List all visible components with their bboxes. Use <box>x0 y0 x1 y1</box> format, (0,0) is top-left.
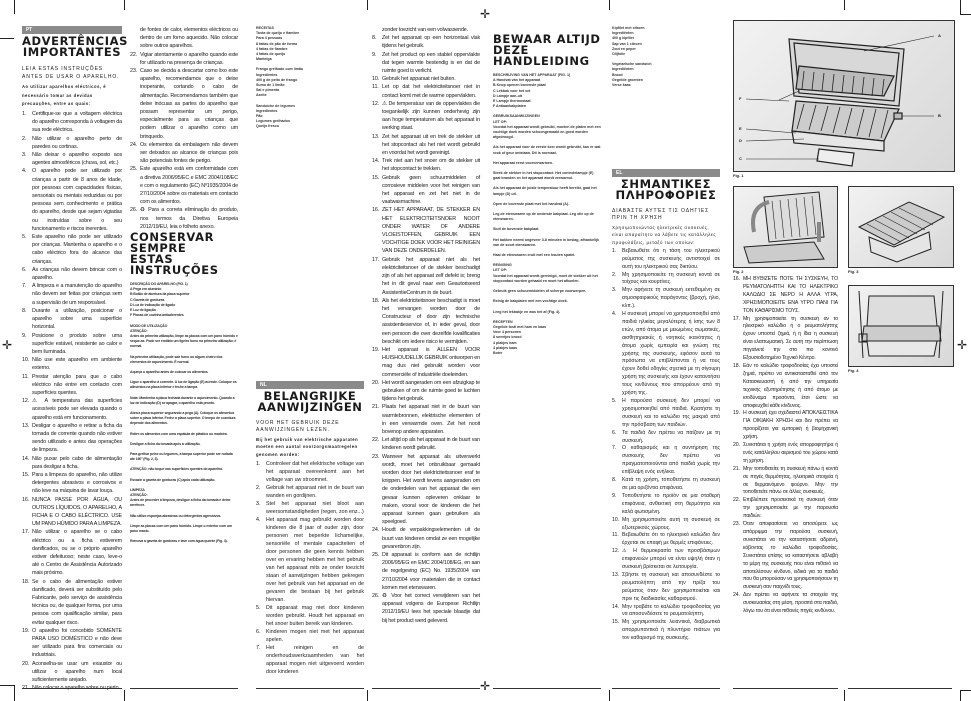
paragraph: Remova a gaveta de gorduras e lave com á… <box>130 539 238 544</box>
footer-rule <box>130 688 238 689</box>
item-number: 1. <box>22 110 26 118</box>
item-text: Het wordt aangeraden om een afzuigkap te… <box>382 380 480 402</box>
item-text: ⚠ Η θερμοκρασία των προσβάσιμων επιφανει… <box>622 548 720 570</box>
paragraph: Antes de proceder à limpeza, desligue a … <box>130 498 238 508</box>
crop-mark <box>960 14 971 15</box>
paragraph: Voordat het apparaat wordt gebruikt, moe… <box>493 125 601 141</box>
paragraph: Voordat het apparaat wordt gereinigd, mo… <box>493 274 601 284</box>
nl-recipes-el-column: Kipfilet met citroenIngrediënten400 g ki… <box>612 26 720 643</box>
paragraph: Esvazie a gaveta de gorduras (C) após ca… <box>130 478 238 483</box>
list-item: 19.Het apparaat is ALLEEN VOOR HUISHOUDE… <box>372 346 480 379</box>
pt-intro: Leia estas instruções antes de usar o ap… <box>22 65 122 81</box>
item-number: 14. <box>372 157 379 165</box>
item-text: Gebruik geen schuurmiddelen of corrosiev… <box>382 175 480 206</box>
paragraph: Leeg het lekbakje en was het af (Fig. 4)… <box>493 310 601 315</box>
list-item: zonder toezicht van een volwassende. <box>372 26 480 34</box>
list-item: 24.Os elementos da embalagem não devem s… <box>130 141 238 166</box>
item-text: Aconselha-se usar um exaustor ou utiliza… <box>32 661 122 683</box>
item-text: Vigiar atentamente o aparelho quando est… <box>140 52 238 66</box>
list-item: 5.Dit apparaat mag niet door kinderen wo… <box>256 604 364 628</box>
item-number: 23. <box>130 67 137 75</box>
nl-warning-list: 1.Controleer dat het elektrische voltage… <box>256 460 364 676</box>
item-text: Os elementos da embalagem não devem ser … <box>140 142 238 164</box>
nl-title: BELANGRIJKE AANWIJZINGEN <box>256 391 364 413</box>
item-text: Dit apparaat mag niet door kinderen word… <box>266 605 364 627</box>
list-item: 2.Gebruik het apparaat niet in de buurt … <box>256 484 364 500</box>
item-text: zonder toezicht van een volwassende. <box>382 27 468 33</box>
item-number: 7. <box>22 282 26 290</box>
item-text: Συνιστάται η χρήση ενός απορροφητήρα ή ε… <box>743 442 838 464</box>
callout-a: A <box>938 33 941 38</box>
item-number: 19. <box>22 627 29 635</box>
paragraph: Abra a placa superior segurando a pega (… <box>130 411 238 427</box>
list-item: 1.Controleer dat het elektrische voltage… <box>256 460 364 484</box>
callout-d: D <box>739 138 742 143</box>
list-item: 9.Posicione o produto sobre uma superfíc… <box>22 332 122 357</box>
item-number: 2. <box>256 484 260 492</box>
registration-mark: ✛ <box>480 680 490 692</box>
list-item: 3.Stel het apparaat niet bloot aan weers… <box>256 500 364 516</box>
item-text: A limpeza e a manutenção do aparelho não… <box>32 283 122 305</box>
list-item: 18.Als het elektriciteitsnoer beschadigt… <box>372 297 480 346</box>
crop-mark <box>609 0 610 10</box>
figure-3-flat-grill <box>848 186 954 268</box>
item-number: 26. <box>372 592 379 600</box>
item-text: As crianças não devem brincar com o apar… <box>32 267 122 281</box>
nl-usage-text: Voordat het apparaat wordt gebruikt, moe… <box>493 125 601 258</box>
grill-opening-illustration <box>734 187 837 267</box>
list-item: 1.Certifique-se que a voltagem eléctrica… <box>22 110 122 135</box>
item-number: 11. <box>372 83 379 91</box>
item-number: 3. <box>22 151 26 159</box>
list-item: 23.Caso se decida a descartar como lixo … <box>130 67 238 141</box>
paragraph: Gebruik geen schuurmiddelen of scherpe v… <box>493 289 601 294</box>
item-text: Μην αφήνετε τη συσκευή εκτεθειμένη σε ατ… <box>622 287 720 309</box>
item-text: Let altijd op als het apparaat in de buu… <box>382 437 480 451</box>
item-number: 22. <box>733 497 740 505</box>
list-item: 2.Não utilizar o aparelho perto de pared… <box>22 135 122 151</box>
figure-2-opening-grill <box>733 186 838 268</box>
nl-keep-title: BEWAAR ALTIJD DEZE HANDLEIDING <box>493 34 601 67</box>
list-item: 14.Trek niet aan het snoer om de stekker… <box>372 157 480 173</box>
callout-e: E <box>739 126 742 131</box>
item-number: 12. <box>22 397 29 405</box>
item-text: Plaats het apparaat niet in de buurt van… <box>382 404 480 435</box>
item-number: 20. <box>372 379 379 387</box>
item-number: 9. <box>372 51 376 59</box>
nl-cleaning-text: Voordat het apparaat wordt gereinigd, mo… <box>493 274 601 315</box>
list-item: 8.Κατά τη χρήση, τοποθετήστε τη συσκευή … <box>612 477 720 493</box>
list-item: 22.Vigiar atentamente o aparelho quando … <box>130 51 238 67</box>
item-text: Ο καθαρισμός και η συντήρηση της συσκευή… <box>622 445 720 475</box>
pt-usage-text: Antes da primeira utilização, limpe as p… <box>130 334 238 483</box>
item-text: Não puxar pelo cabo de alimentação para … <box>32 456 122 470</box>
pt-cleaning-text: Antes de proceder à limpeza, desligue a … <box>130 498 238 544</box>
item-number: 4. <box>22 167 26 175</box>
item-number: 22. <box>372 436 379 444</box>
item-text: Μη χρησιμοποιείτε λειαντικά, διαβρωτικά … <box>622 619 720 641</box>
item-text: ⚠ De temperatuur van de oppervlaktes die… <box>382 101 480 132</box>
item-number: 13. <box>372 133 379 141</box>
crop-mark <box>0 38 14 39</box>
recipe-line: Queijo fresco <box>256 124 364 129</box>
item-number: 3. <box>612 287 616 295</box>
list-item: 9.Zet het product op een stabiel oppervl… <box>372 51 480 76</box>
crop-mark <box>0 685 14 686</box>
item-text: Zet het apparaat uit en trek de stekker … <box>382 134 480 156</box>
footer-rule <box>256 688 364 689</box>
item-number: 12. <box>612 548 619 556</box>
item-text: Este aparelho não pode ser utilizado por… <box>32 234 122 265</box>
pt-description-list: A Pega em alumínioB Botão de abertura da… <box>130 287 238 318</box>
item-text: Durante a utilização, posicionar o apare… <box>32 308 122 330</box>
recipe: Tosta de queijo e fiambrePara 4 pessoas8… <box>256 31 364 62</box>
item-text: Κατά τη χρήση, τοποθετήστε τη συσκευή σε… <box>622 477 720 491</box>
item-number: 16. <box>22 496 29 504</box>
list-item: 11.Prestar atenção para que o cabo eléct… <box>22 373 122 398</box>
crop-mark <box>960 690 971 691</box>
crop-mark <box>609 690 610 701</box>
item-text: Het apparaat mag gebruikt worden door ki… <box>266 517 364 603</box>
paragraph: Haal de etenswaren eruit met een houten … <box>493 253 601 258</box>
figure-3-label: Fig. 3 <box>848 269 858 274</box>
item-number: 21. <box>372 403 379 411</box>
paragraph: Aqueça o aparelho antes de colocar os al… <box>130 370 238 375</box>
list-item: 15.Gebruik geen schuurmiddelen of corros… <box>372 174 480 207</box>
list-item: 6.As crianças não devem brincar com o ap… <box>22 266 122 282</box>
item-number: 13. <box>22 422 29 430</box>
item-number: 4. <box>612 311 616 319</box>
list-item: 20.Het wordt aangeraden om een afzuigkap… <box>372 379 480 404</box>
item-number: 4. <box>256 516 260 524</box>
item-number: 5. <box>256 604 260 612</box>
paragraph: Het bakken neemt ongeveer 3-8 minuten in… <box>493 238 601 248</box>
list-item: 11.Let op dat het elektriciteitsnoer nie… <box>372 83 480 99</box>
nl-usage-column: BEWAAR ALTIJD DEZE HANDLEIDING BESCHRIJV… <box>493 26 601 361</box>
item-text: Μη χρησιμοποιείτε τη συσκευή κοντά σε το… <box>622 272 720 286</box>
recipe-line: Azeite <box>256 93 364 98</box>
item-number: 23. <box>733 521 740 529</box>
item-text: Gebruik het apparaat niet buiten. <box>382 76 456 82</box>
list-item: 7.Ο καθαρισμός και η συντήρηση της συσκε… <box>612 445 720 477</box>
list-item: 7.Het reinigen en de onderhoudswerkzaamh… <box>256 644 364 676</box>
item-number: 17. <box>22 528 29 536</box>
list-item: 4.Η συσκευή μπορεί να χρησιμοποιηθεί από… <box>612 311 720 398</box>
list-item: 11.Βεβαιωθείτε ότι το ηλεκτρικό καλώδιο … <box>612 532 720 548</box>
list-item: 12.⚠ A temperatura das superfícies acess… <box>22 397 122 422</box>
item-number: 17. <box>733 316 740 324</box>
item-text: Este aparelho está em conformidade com a… <box>140 166 238 205</box>
pt-description-and-usage: DESCRIÇÃO DO APARELHO (Fig. 1) A Pega em… <box>130 282 238 544</box>
item-text: ⚠ A temperatura das superfícies acessíve… <box>32 398 122 420</box>
crop-mark <box>124 690 125 701</box>
figure-4-label: Fig. 4 <box>848 368 858 373</box>
item-text: Η συσκευή έχει σχεδιαστεί ΑΠΟΚΛΕΙΣΤΙΚΑ Γ… <box>743 410 838 440</box>
recipe: Kipfilet met citroenIngrediënten400 g ki… <box>612 26 720 57</box>
paragraph: ATENÇÃO: não toque nas superfícies quent… <box>130 467 238 472</box>
el-title: ΣΗΜΑΝΤΙΚΕΣ ΠΛΗΡΟΦΟΡΙΕΣ <box>612 179 720 201</box>
language-tag-nl: NL <box>256 381 364 389</box>
item-number: 5. <box>612 398 616 406</box>
item-number: 1. <box>256 460 260 468</box>
list-item: 20.Aconselha-se usar um exaustor ou util… <box>22 660 122 685</box>
list-item: 23.Wanneer het apparaat als uitverwerkt … <box>372 453 480 527</box>
list-item: 19.Η συσκευή έχει σχεδιαστεί ΑΠΟΚΛΕΙΣΤΙΚ… <box>733 410 838 442</box>
list-item: 10.Gebruik het apparaat niet buiten. <box>372 75 480 83</box>
item-text: Σβήστε τη συσκευή και αποσυνδέστε το ρευ… <box>622 572 720 602</box>
crop-mark <box>124 0 125 10</box>
item-number: 7. <box>612 445 616 453</box>
item-number: 17. <box>372 256 379 264</box>
list-item: 12.⚠ De temperatuur van de oppervlaktes … <box>372 100 480 133</box>
item-text: ZET HET APPARAAT, DE STEKKER EN HET ELEK… <box>382 207 480 254</box>
pt-continued-column: de fontes de calor, elementos eléctricos… <box>130 26 238 549</box>
list-item: 21.Plaats het apparaat niet in de buurt … <box>372 403 480 436</box>
list-item: 26.♻ Voor het correct verwijderen van he… <box>372 592 480 625</box>
recipe-line: Verse kaas <box>612 83 720 88</box>
item-text: Trek niet aan het snoer om de stekker ui… <box>382 158 480 172</box>
list-item: 1.Βεβαιωθείτε ότι η τάση του ηλεκτρικού … <box>612 248 720 272</box>
registration-mark: ✛ <box>957 339 967 351</box>
item-number: 9. <box>612 493 616 501</box>
pt-keep-title: CONSERVAR SEMPRE ESTAS INSTRUÇÕES <box>130 232 238 276</box>
list-item: 15.Para a limpeza do aparelho, não utili… <box>22 471 122 496</box>
item-number: 16. <box>372 206 379 214</box>
item-text: Επιβλέπετε προσεκτικά τη συσκευή όταν τη… <box>743 497 838 519</box>
callout-c: C <box>739 156 742 161</box>
list-item: 10.Μη χρησιμοποιείτε αυτή τη συσκευή σε … <box>612 517 720 533</box>
item-text: Certifique-se que a voltagem eléctrica d… <box>32 111 122 133</box>
list-item: 8.Zet het apparaat op een horizontaal vl… <box>372 34 480 50</box>
item-number: 24. <box>130 141 137 149</box>
item-text: Dit apparaat is conform aan de richtlijn… <box>382 552 480 591</box>
list-item: 12.⚠ Η θερμοκρασία των προσβάσιμων επιφα… <box>612 548 720 572</box>
item-text: Τα παιδιά δεν πρέπει να παίζουν με τη συ… <box>622 430 720 444</box>
callout-f: F <box>739 96 741 101</box>
list-item: 9.Τοποθετήστε το προϊόν σε μια σταθερή ε… <box>612 493 720 517</box>
el-warning-list-continued: 16.ΜΗ ΒΥΘΙΖΕΤΕ ΠΟΤΕ ΤΗ ΣΥΣΚΕΥΗ, ΤΟ ΡΕΥΜΑ… <box>733 276 838 616</box>
footer-rule <box>733 688 838 689</box>
figure-4-drip-tray <box>848 285 954 367</box>
nl-continued-column: zonder toezicht van een volwassende.8.Ze… <box>372 26 480 625</box>
item-text: Prestar atenção para que o cabo eléctric… <box>32 374 122 396</box>
item-number: 21. <box>733 466 740 474</box>
list-item: 18.Se o cabo de alimentação estiver dani… <box>22 578 122 627</box>
footer-rule <box>22 688 122 689</box>
pt-intro-precautions: Ao utilizar aparelhos eléctricos, é nece… <box>22 83 122 108</box>
registration-mark: ✛ <box>2 339 12 351</box>
item-text: ♻ Para a correta eliminação do produto, … <box>140 207 238 229</box>
item-text: Όταν αποφασίσετε να αποσύρετε ως απόρριμ… <box>743 521 838 590</box>
paragraph: Desligue a ficha da tomada após a utiliz… <box>130 442 238 447</box>
item-number: 3. <box>256 500 260 508</box>
footer-rule <box>493 688 601 689</box>
pt-title: ADVERTÊNCIAS IMPORTANTES <box>22 36 122 58</box>
item-number: 20. <box>733 442 740 450</box>
nl-recipes-continued: Kipfilet met citroenIngrediënten400 g ki… <box>612 26 720 169</box>
item-number: 13. <box>612 572 619 580</box>
pt-recipes: RECEITASTosta de queijo e fiambrePara 4 … <box>256 26 364 381</box>
list-item: 24.Houdt de verpakkingselementen uit de … <box>372 526 480 551</box>
list-item: 16.NUNCA PASSE POR ÁGUA, OU OUTROS LÍQUI… <box>22 496 122 529</box>
item-number: 14. <box>612 604 619 612</box>
item-number: 18. <box>372 297 379 305</box>
item-number: 8. <box>372 34 376 42</box>
item-text: Não utilizar o aparelho perto de paredes… <box>32 136 122 150</box>
item-number: 25. <box>372 551 379 559</box>
list-item: 3.Não deixar o aparelho exposto aos agen… <box>22 151 122 167</box>
item-text: Se o cabo de alimentação estiver danific… <box>32 579 122 626</box>
item-number: 10. <box>372 75 379 83</box>
grill-flat-illustration <box>849 187 953 267</box>
paragraph: Não utilize esponjas abrasivas ou deterg… <box>130 514 238 519</box>
item-text: de fontes de calor, elementos eléctricos… <box>140 27 238 49</box>
recipe: Sanduíche de legumesIngredientesPãoLegum… <box>256 104 364 130</box>
list-item: 10.Não use este aparelho em ambiente ext… <box>22 356 122 372</box>
registration-mark: ✛ <box>480 8 490 20</box>
list-item: 13.Zet het apparaat uit en trek de stekk… <box>372 133 480 158</box>
item-text: Desligar o aparelho e retirar a ficha da… <box>32 423 122 454</box>
item-text: O aparelho pode ser utilizado por crianç… <box>32 168 122 231</box>
item-text: Het reinigen en de onderhoudswerkzaamhed… <box>266 645 364 675</box>
crop-mark <box>367 0 368 10</box>
recipe-line: Manteiga <box>256 57 364 62</box>
item-number: 6. <box>22 266 26 274</box>
item-text: Para a limpeza do aparelho, não utilize … <box>32 472 122 494</box>
paragraph: Het apparaat eerst voorverwarmen. <box>493 161 601 166</box>
list-item: 17.Não utilizar o aparelho se o cabo elé… <box>22 528 122 577</box>
el-intro: Διαβάστε αυτές τις οδηγίες πριν τη χρήση <box>612 208 720 222</box>
recipe-line: Boter <box>493 351 601 356</box>
list-item: 23.Όταν αποφασίσετε να αποσύρετε ως απόρ… <box>733 521 838 592</box>
item-number: 10. <box>22 356 29 364</box>
paragraph: Para grelhar peixe ou legumes, a tampa s… <box>130 452 238 462</box>
item-text: Gebruik het apparaat niet in de buurt va… <box>266 485 364 499</box>
language-tag-el: EL <box>612 169 720 177</box>
item-number: 11. <box>612 532 619 540</box>
callout-b: B <box>938 113 941 118</box>
item-number: 2. <box>612 272 616 280</box>
list-item: 2.Μη χρησιμοποιείτε τη συσκευή κοντά σε … <box>612 272 720 288</box>
item-number: 11. <box>22 373 29 381</box>
item-text: NUNCA PASSE POR ÁGUA, OU OUTROS LÍQUIDOS… <box>32 497 122 528</box>
nl-description-list: A Handvat van het apparaatB Knop openen … <box>493 78 601 109</box>
item-text: Εάν το καλώδιο τροφοδοσίας έχει υποστεί … <box>743 363 838 409</box>
list-item: 18.Εάν το καλώδιο τροφοδοσίας έχει υποστ… <box>733 363 838 410</box>
item-text: ΜΗ ΒΥΘΙΖΕΤΕ ΠΟΤΕ ΤΗ ΣΥΣΚΕΥΗ, ΤΟ ΡΕΥΜΑΤΟΛ… <box>743 276 838 314</box>
list-item: 25.Dit apparaat is conform aan de richtl… <box>372 551 480 592</box>
item-number: 10. <box>612 517 619 525</box>
grill-side-illustration <box>849 286 953 366</box>
list-item: 16.ΜΗ ΒΥΘΙΖΕΤΕ ΠΟΤΕ ΤΗ ΣΥΣΚΕΥΗ, ΤΟ ΡΕΥΜΑ… <box>733 276 838 316</box>
item-number: 15. <box>612 619 619 627</box>
list-item: 6.Τα παιδιά δεν πρέπει να παίζουν με τη … <box>612 430 720 446</box>
item-number: 23. <box>372 453 379 461</box>
list-item: 5.Η παρούσα συσκευή δεν μπορεί να χρησιμ… <box>612 398 720 430</box>
list-item: 7.A limpeza e a manutenção do aparelho n… <box>22 282 122 307</box>
item-text: Gebruik het apparaat niet als het elektr… <box>382 257 480 296</box>
list-item: 15.Μη χρησιμοποιείτε λειαντικά, διαβρωτι… <box>612 619 720 643</box>
item-text: Μη χρησιμοποιείτε τη συσκευή αν το ηλεκτ… <box>743 316 838 362</box>
list-item: 19.O aparelho foi concebido SOMENTE PARA… <box>22 627 122 660</box>
item-number: 7. <box>256 644 260 652</box>
list-item: de fontes de calor, elementos eléctricos… <box>130 26 238 51</box>
nl-warning-list-continued: zonder toezicht van een volwassende.8.Ze… <box>372 26 480 625</box>
paragraph: Als het apparaat voor de eerste keer wor… <box>493 145 601 155</box>
item-number: 6. <box>256 628 260 636</box>
list-item: 20.Συνιστάται η χρήση ενός απορροφητήρα … <box>733 442 838 466</box>
item-number: 18. <box>733 363 740 371</box>
crop-mark <box>960 690 961 701</box>
figure-1-label: Fig. 1 <box>733 173 743 178</box>
item-number: 20. <box>22 660 29 668</box>
paragraph: Sluit de bovenste bakplaat. <box>493 227 601 232</box>
crop-mark <box>844 690 845 701</box>
list-item: 21.Μην τοποθετείτε τη συσκευή πάνω ή κον… <box>733 466 838 498</box>
paragraph: Open de bovenste plaat met het handvat (… <box>493 202 601 207</box>
crop-mark <box>14 685 15 701</box>
paragraph: Steek de stekker in het stopcontact. Het… <box>493 171 601 181</box>
pt-warning-list-continued: de fontes de calor, elementos eléctricos… <box>130 26 238 231</box>
item-text: Zet het product op een stabiel oppervlak… <box>382 52 480 74</box>
item-text: Controleer dat het elektrische voltage v… <box>266 461 364 483</box>
text-line: F Antiaanbakplaten <box>493 104 601 109</box>
list-item: 22.Let altijd op als het apparaat in de … <box>372 436 480 452</box>
item-text: Zet het apparaat op een horizontaal vlak… <box>382 35 480 49</box>
item-text: Τοποθετήστε το προϊόν σε μια σταθερή επι… <box>622 493 720 515</box>
recipe: Frango grelhado com limãoIngredientes400… <box>256 67 364 98</box>
list-item: 14.Μην τραβάτε το καλώδιο τροφοδοσίας γι… <box>612 604 720 620</box>
item-text: Μη χρησιμοποιείτε αυτή τη συσκευή σε εξω… <box>622 517 720 531</box>
list-item: 25.Este aparelho está em conformidade co… <box>130 165 238 206</box>
item-number: 16. <box>733 276 740 284</box>
list-item: 26.♻ Para a correta eliminação do produt… <box>130 206 238 231</box>
list-item: 6.Kinderen mogen niet met het apparaat s… <box>256 628 364 644</box>
list-item: 8.Durante a utilização, posicionar o apa… <box>22 307 122 332</box>
item-text: O aparelho foi concebido SOMENTE PARA US… <box>32 628 122 659</box>
list-item: 4.O aparelho pode ser utilizado por cria… <box>22 167 122 233</box>
pt-recipes-nl-column: RECEITASTosta de queijo e fiambrePara 4 … <box>256 26 364 676</box>
nl-recipes: Gegrilde tosti met ham en kaasVoor 4 per… <box>493 325 601 356</box>
paragraph: Leg de etenswaren op de onderste bakplaa… <box>493 212 601 222</box>
item-number: 15. <box>22 471 29 479</box>
crop-mark <box>14 0 15 14</box>
item-text: Μην τραβάτε το καλώδιο τροφοδοσίας για ν… <box>622 604 720 618</box>
nl-description-and-usage: BESCHRIJVING VAN HET APPARAAT (Fig. 1) A… <box>493 73 601 356</box>
el-intro-precautions: Χρησιμοποιώντας ηλεκτρικές συσκευές, είν… <box>612 224 720 245</box>
paragraph: Ligue o aparelho à corrente. A luz de li… <box>130 380 238 390</box>
figure-1-grill-diagram: A B F E D C <box>733 20 955 172</box>
item-number: 12. <box>372 100 379 108</box>
item-number: 15. <box>372 174 379 182</box>
nl-intro-precautions: Bij het gebruik van elektrische apparate… <box>256 436 364 457</box>
paragraph: Na primeira utilização, pode sair fumo o… <box>130 355 238 365</box>
el-continued-column: 16.ΜΗ ΒΥΘΙΖΕΤΕ ΠΟΤΕ ΤΗ ΣΥΣΚΕΥΗ, ΤΟ ΡΕΥΜΑ… <box>733 276 838 616</box>
item-text: Houdt de verpakkingselementen uit de buu… <box>382 527 480 549</box>
item-number: 26. <box>130 206 137 214</box>
paragraph: Limpe as placas com um pano húmido. Limp… <box>130 524 238 534</box>
item-text: Não deixar o aparelho exposto aos agente… <box>32 152 122 166</box>
item-text: Posicione o produto sobre uma superfície… <box>32 333 122 355</box>
item-number: 24. <box>372 526 379 534</box>
paragraph: Nota: Mantenha a placa fechada durante o… <box>130 396 238 406</box>
text-line: F Placas de cozinha antiaderentes <box>130 313 238 318</box>
item-number: 2. <box>22 135 26 143</box>
list-item: 16.ZET HET APPARAAT, DE STEKKER EN HET E… <box>372 206 480 255</box>
paragraph: Antes da primeira utilização, limpe as p… <box>130 334 238 350</box>
item-number: 8. <box>22 307 26 315</box>
language-tag-pt: PT <box>22 26 122 34</box>
